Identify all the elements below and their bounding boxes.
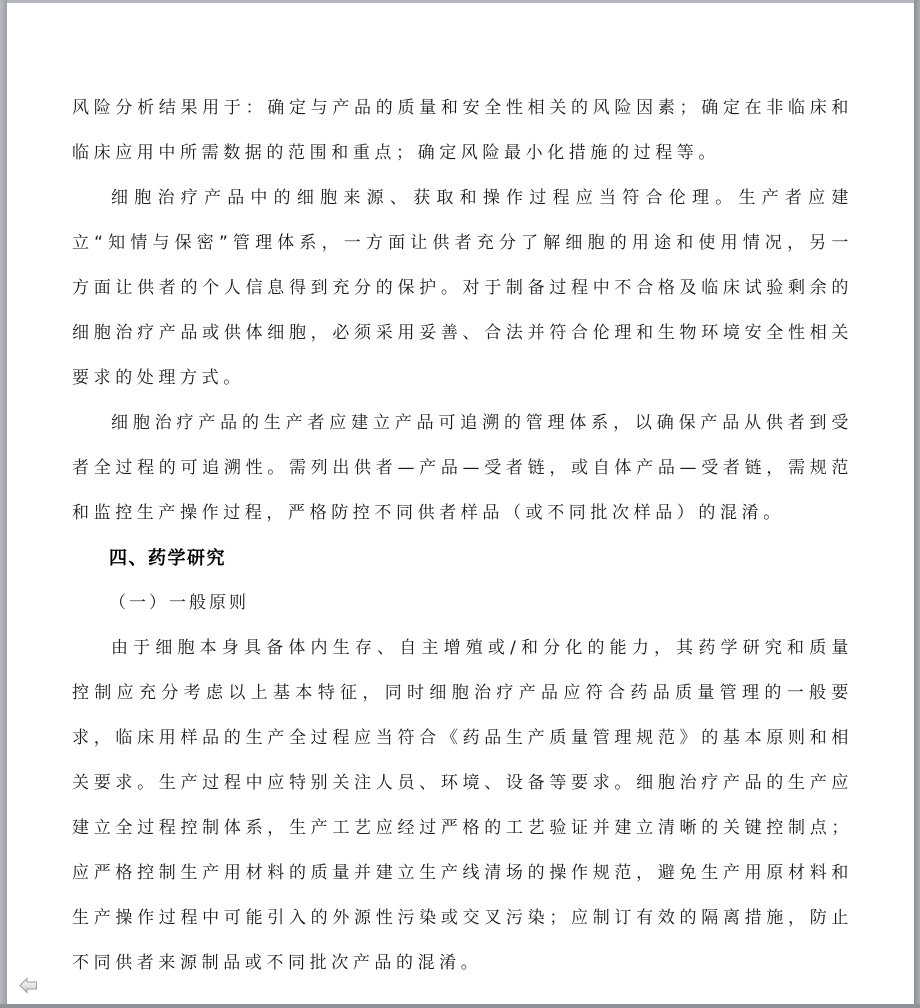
- subsection-heading: （一）一般原则: [72, 581, 853, 626]
- paragraph-general-principles: 由于细胞本身具备体内生存、自主增殖或/和分化的能力，其药学研究和质量控制应充分考…: [72, 626, 853, 986]
- section-heading: 四、药学研究: [72, 536, 853, 581]
- paragraph-risk-analysis: 风险分析结果用于：确定与产品的质量和安全性相关的风险因素；确定在非临床和临床应用…: [72, 86, 853, 176]
- paragraph-traceability: 细胞治疗产品的生产者应建立产品可追溯的管理体系，以确保产品从供者到受者全过程的可…: [72, 401, 853, 536]
- arrow-left-icon: [19, 977, 38, 994]
- paragraph-informed-consent: 细胞治疗产品中的细胞来源、获取和操作过程应当符合伦理。生产者应建立“知情与保密”…: [72, 176, 853, 401]
- window-frame-left: [0, 0, 7, 1008]
- document-body: 风险分析结果用于：确定与产品的质量和安全性相关的风险因素；确定在非临床和临床应用…: [72, 86, 853, 986]
- window-frame-right: [914, 0, 920, 1008]
- previous-page-button[interactable]: [19, 977, 38, 994]
- document-page: 风险分析结果用于：确定与产品的质量和安全性相关的风险因素；确定在非临床和临床应用…: [7, 3, 914, 1004]
- window-frame-bottom: [0, 1004, 920, 1008]
